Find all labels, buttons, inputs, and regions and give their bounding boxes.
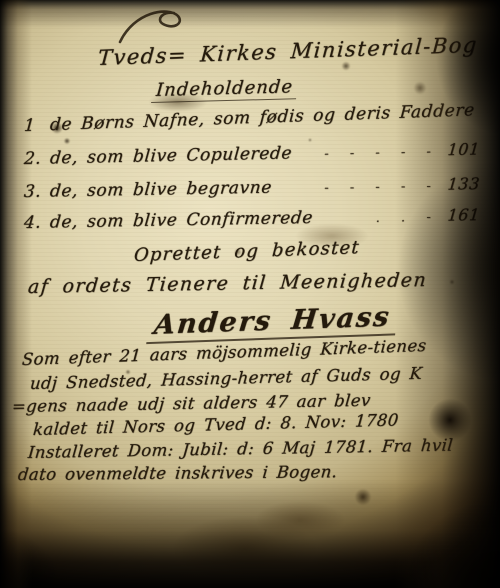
toc-leader-dashes: - - - - -: [277, 179, 438, 197]
toc-number: 2.: [23, 148, 51, 169]
toc-leader-dashes: - - - - -: [297, 144, 438, 162]
body-text-line: dato ovenmeldte inskrives i Bogen.: [17, 462, 338, 484]
manuscript-photo: Tveds= Kirkes Ministerial-Bog Indeholden…: [0, 0, 500, 588]
toc-text: de, som blive begravne: [49, 178, 273, 202]
ink-flourish: [118, 4, 190, 46]
page-subtitle: Indeholdende: [151, 76, 298, 103]
toc-number: 4.: [23, 213, 51, 233]
toc-page-number: 161: [443, 205, 481, 225]
toc-number: 1: [23, 115, 50, 136]
toc-page-number: 101: [443, 139, 481, 159]
toc-number: 3.: [23, 182, 51, 202]
toc-page-number: 133: [443, 174, 481, 194]
toc-leader-dashes: . . -: [318, 210, 438, 227]
